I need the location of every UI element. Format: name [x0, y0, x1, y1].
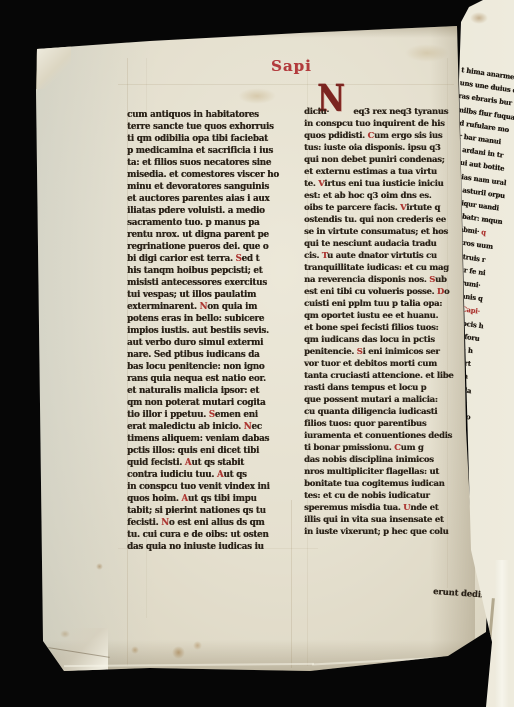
text-line: illis qui in vita sua insensate et	[304, 514, 448, 526]
text-line: quos hoim. Aut qs tibi impu	[127, 493, 290, 505]
text-line: iuramenta et conuentiones dedis	[304, 430, 448, 442]
page-curl-highlight	[495, 560, 509, 707]
text-line: quos pdidisti. Cum ergo sis ius	[304, 130, 448, 142]
blackletter-text: ub	[435, 275, 447, 285]
parchment-stain	[60, 630, 70, 638]
blackletter-text: misedia. et comestores viscer ho	[127, 170, 279, 180]
blackletter-text: das nobis disciplina inimicos	[304, 455, 434, 465]
blackletter-text: filios tuos: quor parentibus	[304, 419, 426, 429]
blackletter-text: quos pdidisti.	[304, 131, 367, 141]
text-line: timens aliquem: veniam dabas	[127, 433, 290, 445]
blackletter-text: pctis illos: quis eni dicet tibi	[127, 446, 259, 456]
text-line: qm non poterat mutari cogita	[127, 397, 290, 409]
blackletter-text: sacramento tuo. p manus pa	[127, 218, 259, 228]
parchment-stain	[470, 12, 488, 24]
blackletter-text: quos hoim.	[127, 494, 181, 504]
rubricated-text: Capi·	[461, 305, 480, 317]
blackletter-text: ut qs stabit	[191, 458, 244, 468]
blackletter-text: qui non debet puniri condenas;	[304, 155, 445, 165]
text-line: cuisti eni pplm tuu p talia opa:	[304, 298, 448, 310]
blackletter-text: iuramenta et conuentiones dedis	[304, 431, 452, 441]
blackletter-text: ut qs	[223, 470, 246, 480]
blackletter-text: rans quia nequa est natio eor.	[127, 374, 266, 384]
text-line: vor tuor et debitos morti cum	[304, 358, 448, 370]
text-line: et naturalis malicia ipsor: et	[127, 385, 290, 397]
blackletter-text: contra iudiciu tuu.	[127, 470, 217, 480]
text-line: cum antiquos in habitatores	[127, 109, 290, 121]
text-line: exterminarent. Non quia im	[127, 301, 290, 313]
text-line: erat maledictu ab inicio. Nec	[127, 421, 290, 433]
blackletter-text: et auctores parentes aias i aux	[127, 194, 269, 204]
blackletter-text: diciu·	[304, 107, 329, 117]
blackletter-text: fecisti.	[127, 518, 161, 528]
rubricated-text: U	[403, 503, 410, 513]
text-column-right: diciu·eq3 rex neq3 tyranusin conspcu tuo…	[304, 106, 452, 538]
corner-fold-top-left	[36, 41, 71, 89]
blackletter-text: vor tuor et debitos morti cum	[304, 359, 437, 369]
text-line: his tanqm hoibus pepcisti; et	[127, 265, 290, 277]
blackletter-text: rentu nrox. ut digna parent pe	[127, 230, 269, 240]
blackletter-text: um ergo sis ius	[374, 131, 442, 141]
blackletter-text: nare. Sed ptibus iudicans da	[127, 350, 259, 360]
blackletter-text: eq3 rex neq3 tyranus	[353, 107, 448, 117]
blackletter-text: qui te nesciunt audacia tradu	[304, 239, 436, 249]
blackletter-text: in iuste vixerunt; p hec que colu	[304, 527, 448, 537]
text-line: in iuste vixerunt; p hec que colu	[304, 526, 448, 538]
blackletter-text: ut qs tibi impu	[188, 494, 257, 504]
blackletter-text: et externu estimas a tua virtu	[304, 167, 437, 177]
blackletter-text: nros multipliciter flagellas: ut	[304, 467, 439, 477]
text-line: in conspcu tuo venit vindex ini	[127, 481, 290, 493]
blackletter-text: est: et ab hoc q3 oim dns es.	[304, 191, 431, 201]
text-line: bas locu penitencie: non igno	[127, 361, 290, 373]
parchment-stain	[96, 563, 103, 570]
blackletter-text: qm non poterat mutari cogita	[127, 398, 265, 408]
blackletter-text: potens eras in bello: subicere	[127, 314, 264, 324]
blackletter-text: tranquillitate iudicas: et cu mag	[304, 263, 449, 273]
text-line: rentu nrox. ut digna parent pe	[127, 229, 290, 241]
blackletter-text: bi digi carior est terra.	[127, 254, 235, 264]
blackletter-text: exterminarent.	[127, 302, 199, 312]
blackletter-text: qm iudicans das locu in pctis	[304, 335, 435, 345]
text-line: oibs te parcere facis. Virtute q	[304, 202, 448, 214]
text-line: penitencie. Si eni inimicos ser	[304, 346, 448, 358]
text-line: cu quanta diligencia iudicasti	[304, 406, 448, 418]
text-line: qm oportet iustu ee et huanu.	[304, 310, 448, 322]
blackletter-text: impios iustis. aut bestiis sevis.	[127, 326, 269, 336]
text-line: qui te nesciunt audacia tradu	[304, 238, 448, 250]
text-line: cis. Tu aute dnator virtutis cu	[304, 250, 448, 262]
blackletter-text: u aute dnator virtutis cu	[327, 251, 437, 261]
text-line: nare. Sed ptibus iudicans da	[127, 349, 290, 361]
text-line: est: et ab hoc q3 oim dns es.	[304, 190, 448, 202]
text-line: et externu estimas a tua virtu	[304, 166, 448, 178]
text-line: que possent mutari a malicia:	[304, 394, 448, 406]
blackletter-text: irtus eni tua iusticie iniciu	[324, 179, 443, 189]
text-line: filios tuos: quor parentibus	[304, 418, 448, 430]
parchment-stain	[193, 641, 202, 650]
blackletter-text: quid fecisti.	[127, 458, 185, 468]
text-line: in conspcu tuo inquirent de his	[304, 118, 448, 130]
blackletter-text: o est eni alius ds qm	[169, 518, 265, 528]
text-line: das nobis disciplina inimicos	[304, 454, 448, 466]
blackletter-text: emen eni	[215, 410, 258, 420]
blackletter-text: tui vespas; ut illos paulatim	[127, 290, 256, 300]
text-column-left: cum antiquos in habitatoresterre sancte …	[127, 109, 295, 553]
blackletter-text: in conspcu tuo venit vindex ini	[127, 482, 270, 492]
text-line: tanta cruciasti attencione. et libe	[304, 370, 448, 382]
text-line: misisti antecessores exercitus	[127, 277, 290, 289]
text-line: regrinatione pueros dei. que o	[127, 241, 290, 253]
text-line: qui non debet puniri condenas;	[304, 154, 448, 166]
parchment-stain	[172, 646, 185, 659]
blackletter-text: tabit; si pierint nationes qs tu	[127, 506, 266, 516]
text-line: fecisti. No est eni alius ds qm	[127, 517, 290, 529]
text-line: das quia no iniuste iudicas iu	[127, 541, 290, 553]
blackletter-text: iliatas pdere voluisti. a medio	[127, 206, 265, 216]
text-line: tus: iuste oia disponis. ipsu q3	[304, 142, 448, 154]
blackletter-text: bonitate tua cogitemus iudican	[304, 479, 444, 489]
blackletter-text: bas locu penitencie: non igno	[127, 362, 264, 372]
blackletter-text: misisti antecessores exercitus	[127, 278, 267, 288]
text-line: bonitate tua cogitemus iudican	[304, 478, 448, 490]
blackletter-text: ostendis tu. qui non crederis ee	[304, 215, 446, 225]
text-line: speremus misdia tua. Unde et	[304, 502, 448, 514]
blackletter-text: nde et	[410, 503, 438, 513]
text-line: et auctores parentes aias i aux	[127, 193, 290, 205]
text-line: te. Virtus eni tua iusticie iniciu	[304, 178, 448, 190]
blackletter-text: tu. cui cura e de oibs: ut osten	[127, 530, 268, 540]
blackletter-text: que possent mutari a malicia:	[304, 395, 438, 405]
blackletter-text: te.	[304, 179, 318, 189]
blackletter-text: illis qui in vita sua insensate et	[304, 515, 444, 525]
blackletter-text: irtute q	[406, 203, 440, 213]
text-line: minu et devoratores sanguinis	[127, 181, 290, 193]
blackletter-text: est eni tibi cu volueris posse.	[304, 287, 437, 297]
blackletter-text: ti qm odibilia opa tibi faciebat	[127, 134, 268, 144]
text-line: tu. cui cura e de oibs: ut osten	[127, 529, 290, 541]
text-line: tranquillitate iudicas: et cu mag	[304, 262, 448, 274]
page-edge-shadow-top	[36, 24, 461, 38]
text-line: et bone spei fecisti filios tuos:	[304, 322, 448, 334]
text-line: iliatas pdere voluisti. a medio	[127, 205, 290, 217]
parchment-stain	[238, 88, 276, 104]
blackletter-text: minu et devoratores sanguinis	[127, 182, 269, 192]
blackletter-text: rasti dans tempus et locu p	[304, 383, 426, 393]
blackletter-text: tes: et cu de nobis iudicatur	[304, 491, 430, 501]
text-line: qm iudicans das locu in pctis	[304, 334, 448, 346]
blackletter-text: qm oportet iustu ee et huanu.	[304, 311, 438, 321]
manuscript-photo: Sapi N cum antiquos in habitatoresterre …	[0, 0, 514, 707]
blackletter-text: tio illor i ppetuu.	[127, 410, 209, 420]
rubricated-text: q	[481, 228, 487, 238]
text-line: impios iustis. aut bestiis sevis.	[127, 325, 290, 337]
blackletter-text: tanta cruciasti attencione. et libe	[304, 371, 453, 381]
blackletter-text: i eni inimicos ser	[362, 347, 439, 357]
parchment-stain	[131, 646, 139, 654]
blackletter-text: on quia im	[207, 302, 257, 312]
text-line: pctis illos: quis eni dicet tibi	[127, 445, 290, 457]
blackletter-text: p medicamina et sacrificia i ius	[127, 146, 273, 156]
text-line: quid fecisti. Aut qs stabit	[127, 457, 290, 469]
text-line: ta: et filios suos necatores sine	[127, 157, 290, 169]
text-line: misedia. et comestores viscer ho	[127, 169, 290, 181]
blackletter-text: cu quanta diligencia iudicasti	[304, 407, 437, 417]
text-line: tio illor i ppetuu. Semen eni	[127, 409, 290, 421]
text-line: contra iudiciu tuu. Aut qs	[127, 469, 290, 481]
blackletter-text: o	[444, 287, 449, 297]
blackletter-text: cum antiquos in habitatores	[127, 110, 259, 120]
blackletter-text: terre sancte tue quos exhorruis	[127, 122, 274, 132]
blackletter-text: regrinatione pueros dei. que o	[127, 242, 268, 252]
ruling-line-horizontal	[118, 84, 454, 85]
blackletter-text: ed t	[242, 254, 260, 264]
manuscript-page: Sapi N cum antiquos in habitatoresterre …	[0, 0, 514, 707]
blackletter-text: cuisti eni pplm tuu p talia opa:	[304, 299, 442, 309]
text-line: ti bonar pmissionu. Cum g	[304, 442, 448, 454]
blackletter-text: oibs te parcere facis.	[304, 203, 400, 213]
parchment-stain	[405, 44, 449, 62]
blackletter-text: se in virtute consumatus; et hos	[304, 227, 448, 237]
blackletter-text: ec	[251, 422, 261, 432]
text-line: sacramento tuo. p manus pa	[127, 217, 290, 229]
text-line: tabit; si pierint nationes qs tu	[127, 505, 290, 517]
blackletter-text: na reverencia disponis nos.	[304, 275, 429, 285]
blackletter-text: speremus misdia tua.	[304, 503, 403, 513]
blackletter-text: his tanqm hoibus pepcisti; et	[127, 266, 262, 276]
blackletter-text: et naturalis malicia ipsor: et	[127, 386, 259, 396]
text-line: rasti dans tempus et locu p	[304, 382, 448, 394]
text-line: terre sancte tue quos exhorruis	[127, 121, 290, 133]
running-title: Sapi	[271, 58, 312, 75]
blackletter-text: timens aliquem: veniam dabas	[127, 434, 269, 444]
rubricated-text: N	[161, 518, 169, 528]
text-line: p medicamina et sacrificia i ius	[127, 145, 290, 157]
blackletter-text: cis.	[304, 251, 322, 261]
text-line: potens eras in bello: subicere	[127, 313, 290, 325]
text-line: se in virtute consumatus; et hos	[304, 226, 448, 238]
blackletter-text: um g	[401, 443, 424, 453]
text-line: na reverencia disponis nos. Sub	[304, 274, 448, 286]
rubricated-text: N	[199, 302, 207, 312]
blackletter-text: penitencie.	[304, 347, 357, 357]
blackletter-text: tus: iuste oia disponis. ipsu q3	[304, 143, 440, 153]
text-line: ostendis tu. qui non crederis ee	[304, 214, 448, 226]
text-line: est eni tibi cu volueris posse. Do	[304, 286, 448, 298]
blackletter-text: aut verbo duro simul extermi	[127, 338, 263, 348]
blackletter-text: das quia no iniuste iudicas iu	[127, 542, 264, 552]
text-line: nros multipliciter flagellas: ut	[304, 466, 448, 478]
text-line: bi digi carior est terra. Sed t	[127, 253, 290, 265]
text-line: rans quia nequa est natio eor.	[127, 373, 290, 385]
text-line: tui vespas; ut illos paulatim	[127, 289, 290, 301]
blackletter-text: in conspcu tuo inquirent de his	[304, 119, 445, 129]
blackletter-text: ti bonar pmissionu.	[304, 443, 394, 453]
blackletter-text: erat maledictu ab inicio.	[127, 422, 244, 432]
text-line: ti qm odibilia opa tibi faciebat	[127, 133, 290, 145]
blackletter-text: ta: et filios suos necatores sine	[127, 158, 271, 168]
text-line: tes: et cu de nobis iudicatur	[304, 490, 448, 502]
text-line: diciu·eq3 rex neq3 tyranus	[304, 106, 448, 118]
blackletter-text: et bone spei fecisti filios tuos:	[304, 323, 438, 333]
text-line: aut verbo duro simul extermi	[127, 337, 290, 349]
